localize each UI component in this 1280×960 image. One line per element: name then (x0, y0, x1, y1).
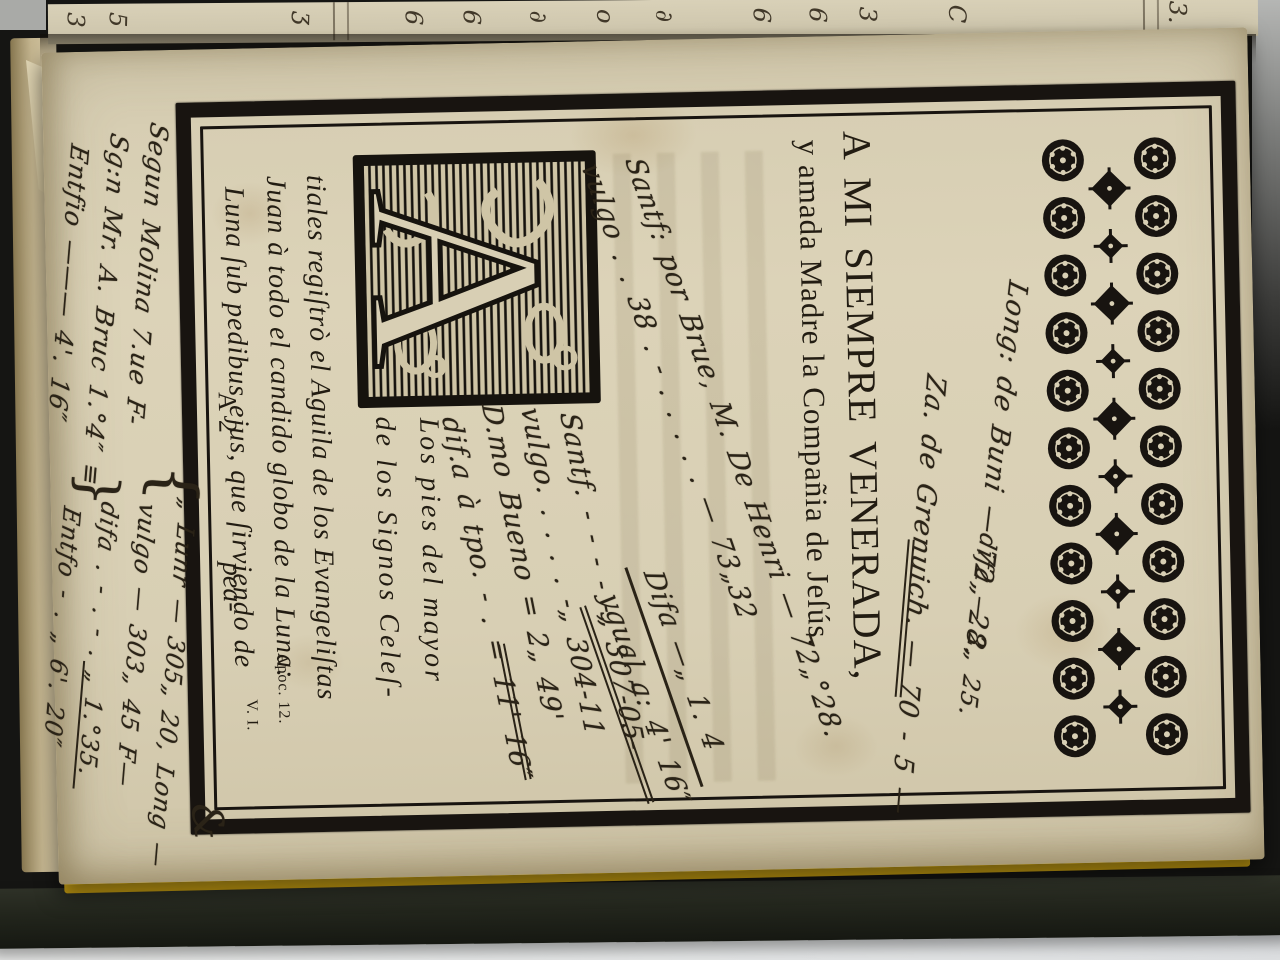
edge-manuscript-glyph: 3 (61, 12, 89, 28)
handwritten-flourish: & (181, 799, 234, 843)
catchword: pea- (215, 562, 248, 612)
drop-cap-letter: A (352, 185, 596, 370)
book-page: A MI SIEMPRE VENERADA, y amada Madre la … (41, 27, 1264, 884)
body-line: de los Signos Celeſ- (368, 416, 406, 700)
edge-manuscript-glyph: 3. (1163, 0, 1192, 24)
edge-manuscript-glyph: 6 (399, 10, 427, 26)
edge-manuscript-glyph: 3 (853, 6, 881, 22)
edge-manuscript-glyph: ∂ (524, 10, 552, 23)
fleuron-headpiece-ornament (1032, 127, 1197, 770)
edge-manuscript-glyph: o (591, 9, 619, 24)
edge-manuscript-glyph: 5 (103, 12, 131, 28)
background-edge (1252, 0, 1280, 430)
edge-manuscript-glyph: 6 (457, 9, 485, 25)
table-corner (0, 0, 46, 30)
margin-citation: Apoc. 12. (273, 653, 292, 725)
printed-page-content: A MI SIEMPRE VENERADA, y amada Madre la … (176, 81, 1251, 835)
woodcut-initial-A: A (352, 149, 602, 409)
edge-manuscript-glyph: ∂ (650, 9, 678, 22)
edge-manuscript-glyph: ʒ (291, 11, 319, 25)
edge-manuscript-glyphs: 35ʒ66∂o∂663C3. (48, 0, 1258, 4)
signature-mark: A 2 (212, 392, 243, 435)
edge-manuscript-glyph: C (943, 4, 972, 23)
margin-citation: V. I. (242, 699, 261, 731)
edge-manuscript-glyph: 6 (803, 7, 831, 23)
edge-manuscript-glyph: 6 (747, 7, 775, 23)
